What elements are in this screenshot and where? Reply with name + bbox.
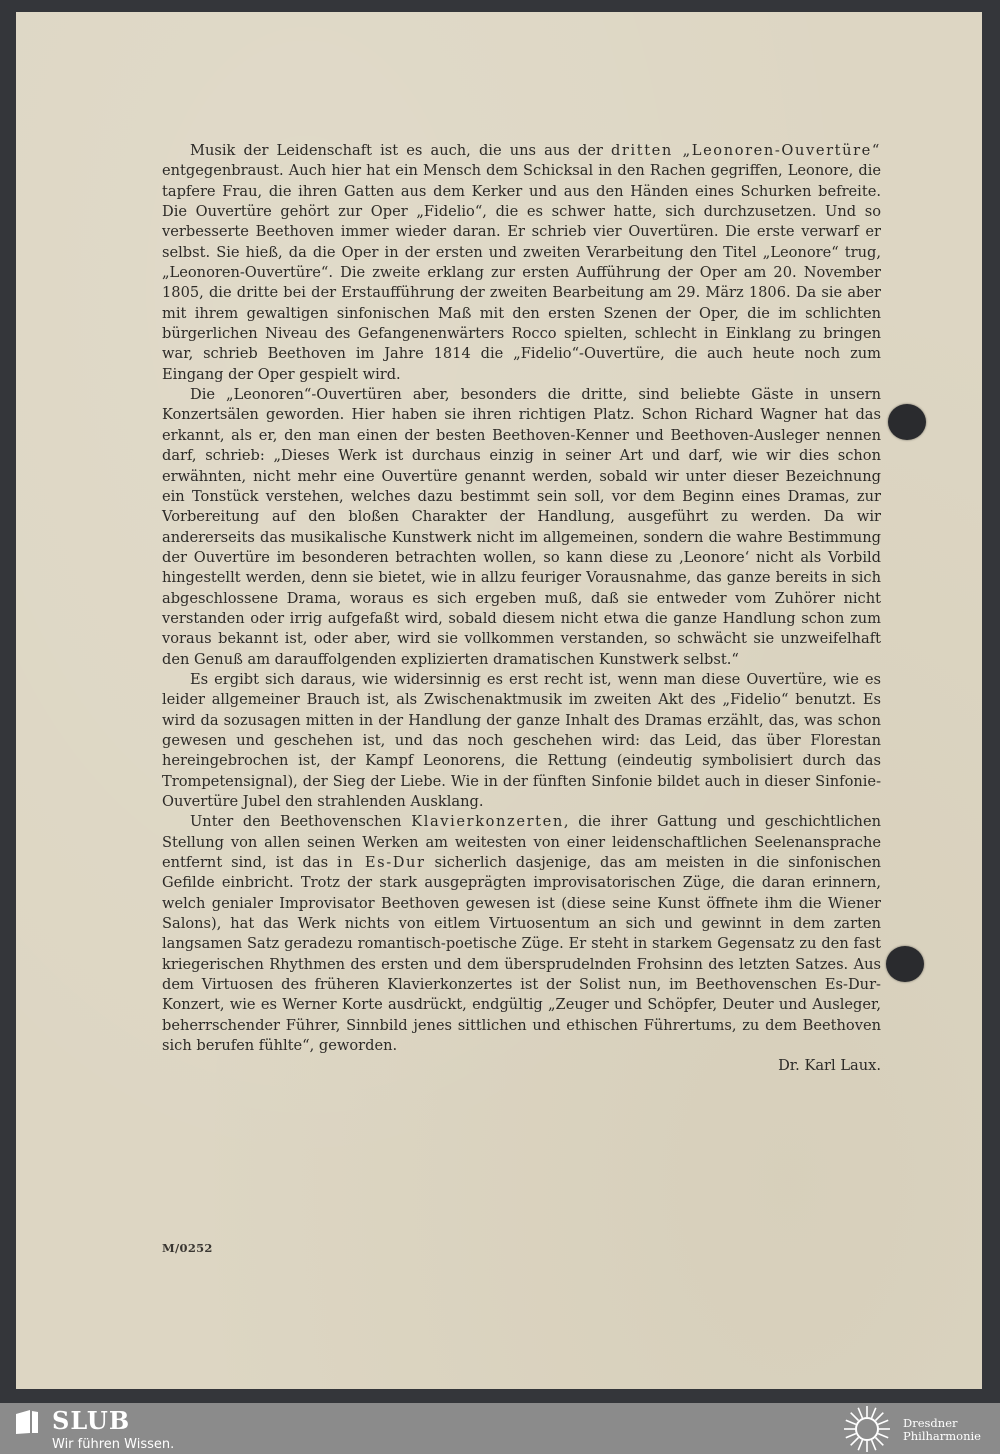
emphasized-text: Klavierkonzerten xyxy=(411,813,564,830)
philharmonie-line2: Philharmonie xyxy=(903,1430,981,1443)
slub-tagline: Wir führen Wissen. xyxy=(52,1437,174,1452)
paragraph: Musik der Leidenschaft ist es auch, die … xyxy=(162,141,881,385)
author-signature: Dr. Karl Laux. xyxy=(162,1056,881,1076)
emphasized-text: in Es-Dur xyxy=(337,854,426,871)
text-run: Unter den Beethovenschen xyxy=(190,813,411,830)
text-run: Die „Leonoren“-Ouvertüren aber, besonder… xyxy=(162,386,881,667)
scanned-page: Musik der Leidenschaft ist es auch, die … xyxy=(16,12,982,1389)
footer-bar: SLUB Wir führen Wissen. Dresdner Philhar… xyxy=(0,1403,1000,1454)
slub-logo-text[interactable]: SLUB xyxy=(52,1406,130,1435)
paragraph: Die „Leonoren“-Ouvertüren aber, besonder… xyxy=(162,385,881,670)
punch-hole-top xyxy=(888,404,926,440)
document-reference: M/0252 xyxy=(162,1241,213,1255)
emphasized-text: dritten „Leonoren-Ouvertüre“ xyxy=(611,142,881,159)
text-run: entgegenbraust. Auch hier hat ein Mensch… xyxy=(162,162,881,382)
document-body: Musik der Leidenschaft ist es auch, die … xyxy=(162,141,881,1077)
sunburst-ring-icon xyxy=(842,1404,892,1454)
text-run: sicherlich dasjenige, das am meisten in … xyxy=(162,854,881,1054)
punch-hole-bottom xyxy=(886,946,924,982)
text-run: Es ergibt sich daraus, wie widersinnig e… xyxy=(162,671,881,810)
philharmonie-logo-text[interactable]: Dresdner Philharmonie xyxy=(903,1417,981,1443)
paragraph: Es ergibt sich daraus, wie widersinnig e… xyxy=(162,670,881,812)
text-run: Musik der Leidenschaft ist es auch, die … xyxy=(190,142,611,159)
book-pages-icon xyxy=(12,1407,42,1437)
paragraph: Unter den Beethovenschen Klavierkonzerte… xyxy=(162,812,881,1056)
